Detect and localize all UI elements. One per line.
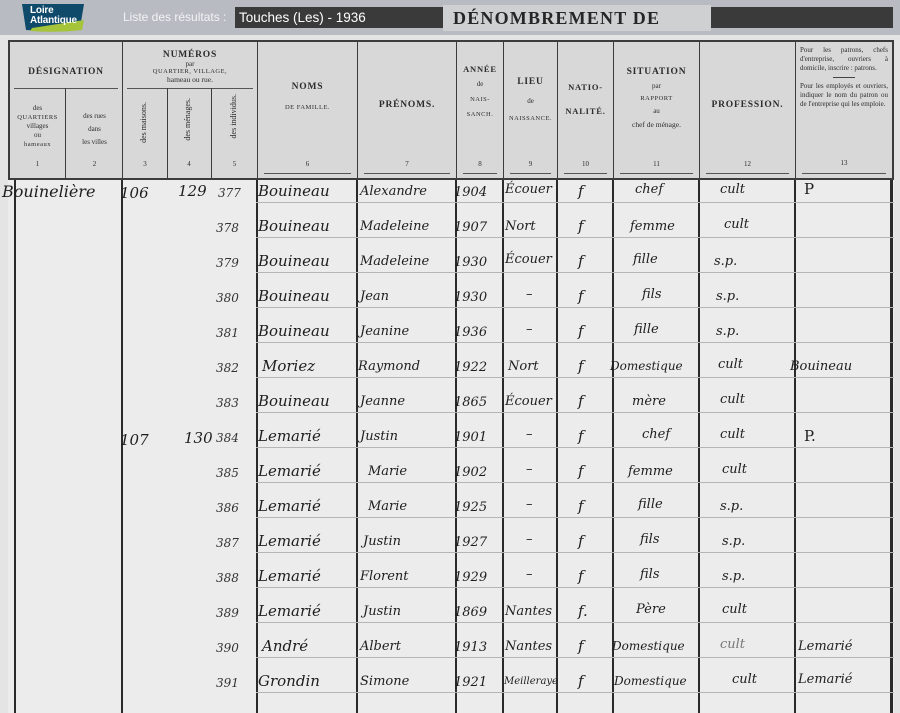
header-col3: des maisons.	[123, 94, 167, 154]
header-situation: SITUATION par RAPPORT au chef de ménage.…	[614, 42, 700, 178]
nom-cell: André	[262, 637, 308, 655]
table-row: 388 Lemarié Florent 1929 – f fils s.p.	[8, 565, 894, 599]
nationalite-cell: f.	[578, 602, 588, 620]
nationalite-cell: f	[578, 217, 584, 235]
annee-cell: 1930	[454, 255, 487, 270]
loire-atlantique-logo[interactable]: Loire Atlantique	[18, 2, 88, 32]
header-annee: ANNÉE de NAIS- SANCH. 8	[457, 42, 504, 178]
situation-cell: Domestique	[614, 674, 687, 688]
annee-cell: 1913	[454, 640, 487, 655]
title-bar-fill	[711, 7, 893, 28]
individu-cell: 378	[216, 221, 239, 235]
menage-cell: 130	[184, 429, 213, 447]
table-row: 387 Lemarié Justin 1927 – f fils s.p.	[8, 530, 894, 564]
header-col1: des QUARTIERS villages ou hameaux	[10, 104, 65, 149]
annee-cell: 1930	[454, 290, 487, 305]
nom-cell: Bouineau	[258, 182, 330, 200]
situation-cell: chef	[635, 182, 663, 197]
annee-cell: 1922	[454, 360, 487, 375]
header-col4: des ménages.	[167, 94, 211, 154]
individu-cell: 377	[218, 186, 241, 200]
village-cell: Bouinelière	[2, 182, 95, 201]
nationalite-cell: f	[578, 252, 584, 270]
prenom-cell: Marie	[368, 464, 407, 479]
individu-cell: 381	[216, 326, 239, 340]
profession-cell: s.p.	[722, 569, 745, 584]
table-row: 389 Lemarié Justin 1869 Nantes f. Père c…	[8, 600, 894, 634]
annee-cell: 1869	[454, 605, 487, 620]
nom-cell: Grondin	[258, 672, 320, 690]
lieu-cell: Nantes	[505, 604, 552, 619]
lieu-cell: –	[526, 567, 533, 582]
nationalite-cell: f	[578, 637, 584, 655]
individu-cell: 388	[216, 571, 239, 585]
table-row: 391 Grondin Simone 1921 Meilleraye f Dom…	[8, 670, 894, 704]
annee-cell: 1936	[454, 325, 487, 340]
profession-cell: cult	[722, 602, 747, 617]
annee-cell: 1921	[454, 675, 487, 690]
prenom-cell: Albert	[360, 639, 401, 654]
census-table-header: DÉSIGNATION des QUARTIERS villages ou ha…	[8, 40, 894, 180]
profession-cell: cult	[720, 182, 745, 197]
nom-cell: Bouineau	[258, 252, 330, 270]
table-row: 378 Bouineau Madeleine 1907 Nort f femme…	[8, 215, 894, 249]
individu-cell: 387	[216, 536, 239, 550]
lieu-cell: Écouer	[505, 252, 552, 267]
profession-cell: cult	[722, 462, 747, 477]
patron-cell: Lemarié	[798, 672, 852, 687]
annee-cell: 1927	[454, 535, 487, 550]
individu-cell: 379	[216, 256, 239, 270]
situation-cell: mère	[632, 394, 666, 409]
census-document-viewer[interactable]: DÉSIGNATION des QUARTIERS villages ou ha…	[0, 35, 900, 713]
nationalite-cell: f	[578, 567, 584, 585]
nationalite-cell: f	[578, 322, 584, 340]
lieu-cell: Nantes	[505, 639, 552, 654]
nom-cell: Lemarié	[258, 427, 321, 445]
results-selection[interactable]: Touches (Les) - 1936	[235, 7, 445, 28]
header-designation: DÉSIGNATION des QUARTIERS villages ou ha…	[10, 42, 123, 178]
table-row: 386 Lemarié Marie 1925 – f fille s.p.	[8, 495, 894, 529]
nationalite-cell: f	[578, 497, 584, 515]
lieu-cell: –	[526, 497, 533, 512]
prenom-cell: Raymond	[358, 359, 420, 374]
nationalite-cell: f	[578, 532, 584, 550]
profession-cell: s.p.	[716, 289, 739, 304]
nationalite-cell: f	[578, 392, 584, 410]
individu-cell: 385	[216, 466, 239, 480]
table-row: 383 Bouineau Jeanne 1865 Écouer f mère c…	[8, 390, 894, 424]
individu-cell: 382	[216, 361, 239, 375]
nom-cell: Bouineau	[258, 322, 330, 340]
table-row: 107 130 384 Lemarié Justin 1901 – f chef…	[8, 425, 894, 459]
individu-cell: 389	[216, 606, 239, 620]
individu-cell: 386	[216, 501, 239, 515]
lieu-cell: Écouer	[505, 182, 552, 197]
lieu-cell: –	[526, 287, 533, 302]
nom-cell: Bouineau	[258, 287, 330, 305]
prenom-cell: Madeleine	[360, 219, 429, 234]
profession-cell: cult	[732, 672, 757, 687]
lieu-cell: –	[526, 427, 533, 442]
nom-cell: Moriez	[262, 357, 315, 375]
annee-cell: 1925	[454, 500, 487, 515]
nationalite-cell: f	[578, 462, 584, 480]
nationalite-cell: f	[578, 427, 584, 445]
profession-cell: cult	[724, 217, 749, 232]
situation-cell: Domestique	[612, 639, 685, 653]
logo-line2: Atlantique	[30, 16, 77, 26]
table-row: 379 Bouineau Madeleine 1930 Écouer f fil…	[8, 250, 894, 284]
annee-cell: 1865	[454, 395, 487, 410]
lieu-cell: –	[526, 322, 533, 337]
nationalite-cell: f	[578, 672, 584, 690]
table-row: 382 Moriez Raymond 1922 Nort f Domestiqu…	[8, 355, 894, 389]
patron-cell: Lemarié	[798, 639, 852, 654]
lieu-cell: Meilleraye	[504, 676, 558, 687]
header-prenoms: PRÉNOMS. 7	[358, 42, 457, 178]
patron-cell: Bouineau	[790, 359, 852, 374]
annee-cell: 1902	[454, 465, 487, 480]
nom-cell: Bouineau	[258, 392, 330, 410]
situation-cell: fils	[640, 567, 660, 582]
situation-cell: fille	[633, 252, 658, 267]
patron-cell: P.	[804, 427, 816, 445]
prenom-cell: Florent	[360, 569, 409, 584]
table-row: 381 Bouineau Jeanine 1936 – f fille s.p.	[8, 320, 894, 354]
prenom-cell: Jeanne	[360, 394, 405, 409]
situation-cell: fils	[642, 287, 662, 302]
header-brace	[14, 88, 118, 89]
header-col5: des individus.	[211, 94, 258, 154]
situation-cell: femme	[630, 219, 675, 234]
maison-cell: 106	[120, 184, 149, 202]
nom-cell: Bouineau	[258, 217, 330, 235]
header-patron: Pour les patrons, chefs d'entreprise, ou…	[796, 42, 892, 178]
prenom-cell: Alexandre	[360, 184, 427, 199]
nom-cell: Lemarié	[258, 602, 321, 620]
lieu-cell: Nort	[508, 359, 539, 374]
individu-cell: 390	[216, 641, 239, 655]
maison-cell: 107	[120, 431, 149, 449]
prenom-cell: Jeanine	[360, 324, 409, 339]
prenom-cell: Jean	[360, 289, 389, 304]
lieu-cell: Écouer	[505, 394, 552, 409]
prenom-cell: Justin	[363, 604, 401, 619]
header-col2: des rues dans les villes	[66, 110, 123, 149]
annee-cell: 1904	[454, 185, 487, 200]
situation-cell: femme	[628, 464, 673, 479]
profession-cell: s.p.	[716, 324, 739, 339]
situation-cell: Père	[636, 602, 666, 617]
table-row: Bouinelière 106 129 377 Bouineau Alexand…	[8, 180, 894, 214]
lieu-cell: Nort	[505, 219, 536, 234]
individu-cell: 391	[216, 676, 239, 690]
nationalite-cell: f	[578, 357, 584, 375]
situation-cell: Domestique	[610, 359, 683, 373]
profession-cell: s.p.	[720, 499, 743, 514]
individu-cell: 383	[216, 396, 239, 410]
document-title: DÉNOMBREMENT DE 1936.	[443, 5, 711, 31]
header-noms: NOMS DE FAMILLE. 6	[258, 42, 358, 178]
profession-cell: cult	[720, 392, 745, 407]
table-row: 385 Lemarié Marie 1902 – f femme cult	[8, 460, 894, 494]
nationalite-cell: f	[578, 287, 584, 305]
lieu-cell: –	[526, 532, 533, 547]
profession-cell: s.p.	[714, 254, 737, 269]
menage-cell: 129	[178, 182, 207, 200]
annee-cell: 1929	[454, 570, 487, 585]
situation-cell: chef	[642, 427, 670, 442]
viewer-header: Loire Atlantique Liste des résultats : T…	[0, 0, 900, 35]
header-nationalite: NATIO- NALITÉ. 10	[558, 42, 614, 178]
annee-cell: 1907	[454, 220, 487, 235]
prenom-cell: Simone	[360, 674, 409, 689]
individu-cell: 380	[216, 291, 239, 305]
nationalite-cell: f	[578, 182, 584, 200]
table-row: 380 Bouineau Jean 1930 – f fils s.p.	[8, 285, 894, 319]
situation-cell: fils	[640, 532, 660, 547]
profession-cell: cult	[718, 357, 743, 372]
nom-cell: Lemarié	[258, 462, 321, 480]
nom-cell: Lemarié	[258, 497, 321, 515]
profession-cell: cult	[720, 637, 745, 652]
census-table-body: Bouinelière 106 129 377 Bouineau Alexand…	[8, 180, 894, 713]
results-list-label[interactable]: Liste des résultats :	[123, 10, 226, 24]
nom-cell: Lemarié	[258, 567, 321, 585]
profession-cell: cult	[720, 427, 745, 442]
profession-cell: s.p.	[722, 534, 745, 549]
header-lieu: LIEU de NAISSANCE. 9	[504, 42, 558, 178]
situation-cell: fille	[634, 322, 659, 337]
prenom-cell: Madeleine	[360, 254, 429, 269]
nom-cell: Lemarié	[258, 532, 321, 550]
situation-cell: fille	[638, 497, 663, 512]
table-row: 390 André Albert 1913 Nantes f Domestiqu…	[8, 635, 894, 669]
patron-cell: P	[804, 180, 814, 198]
annee-cell: 1901	[454, 430, 487, 445]
individu-cell: 384	[216, 431, 239, 445]
prenom-cell: Marie	[368, 499, 407, 514]
header-profession: PROFESSION. 12	[700, 42, 796, 178]
lieu-cell: –	[526, 462, 533, 477]
header-numeros: NUMÉROS par QUARTIER, VILLAGE, hameau ou…	[123, 42, 258, 178]
prenom-cell: Justin	[363, 534, 401, 549]
prenom-cell: Justin	[360, 429, 398, 444]
